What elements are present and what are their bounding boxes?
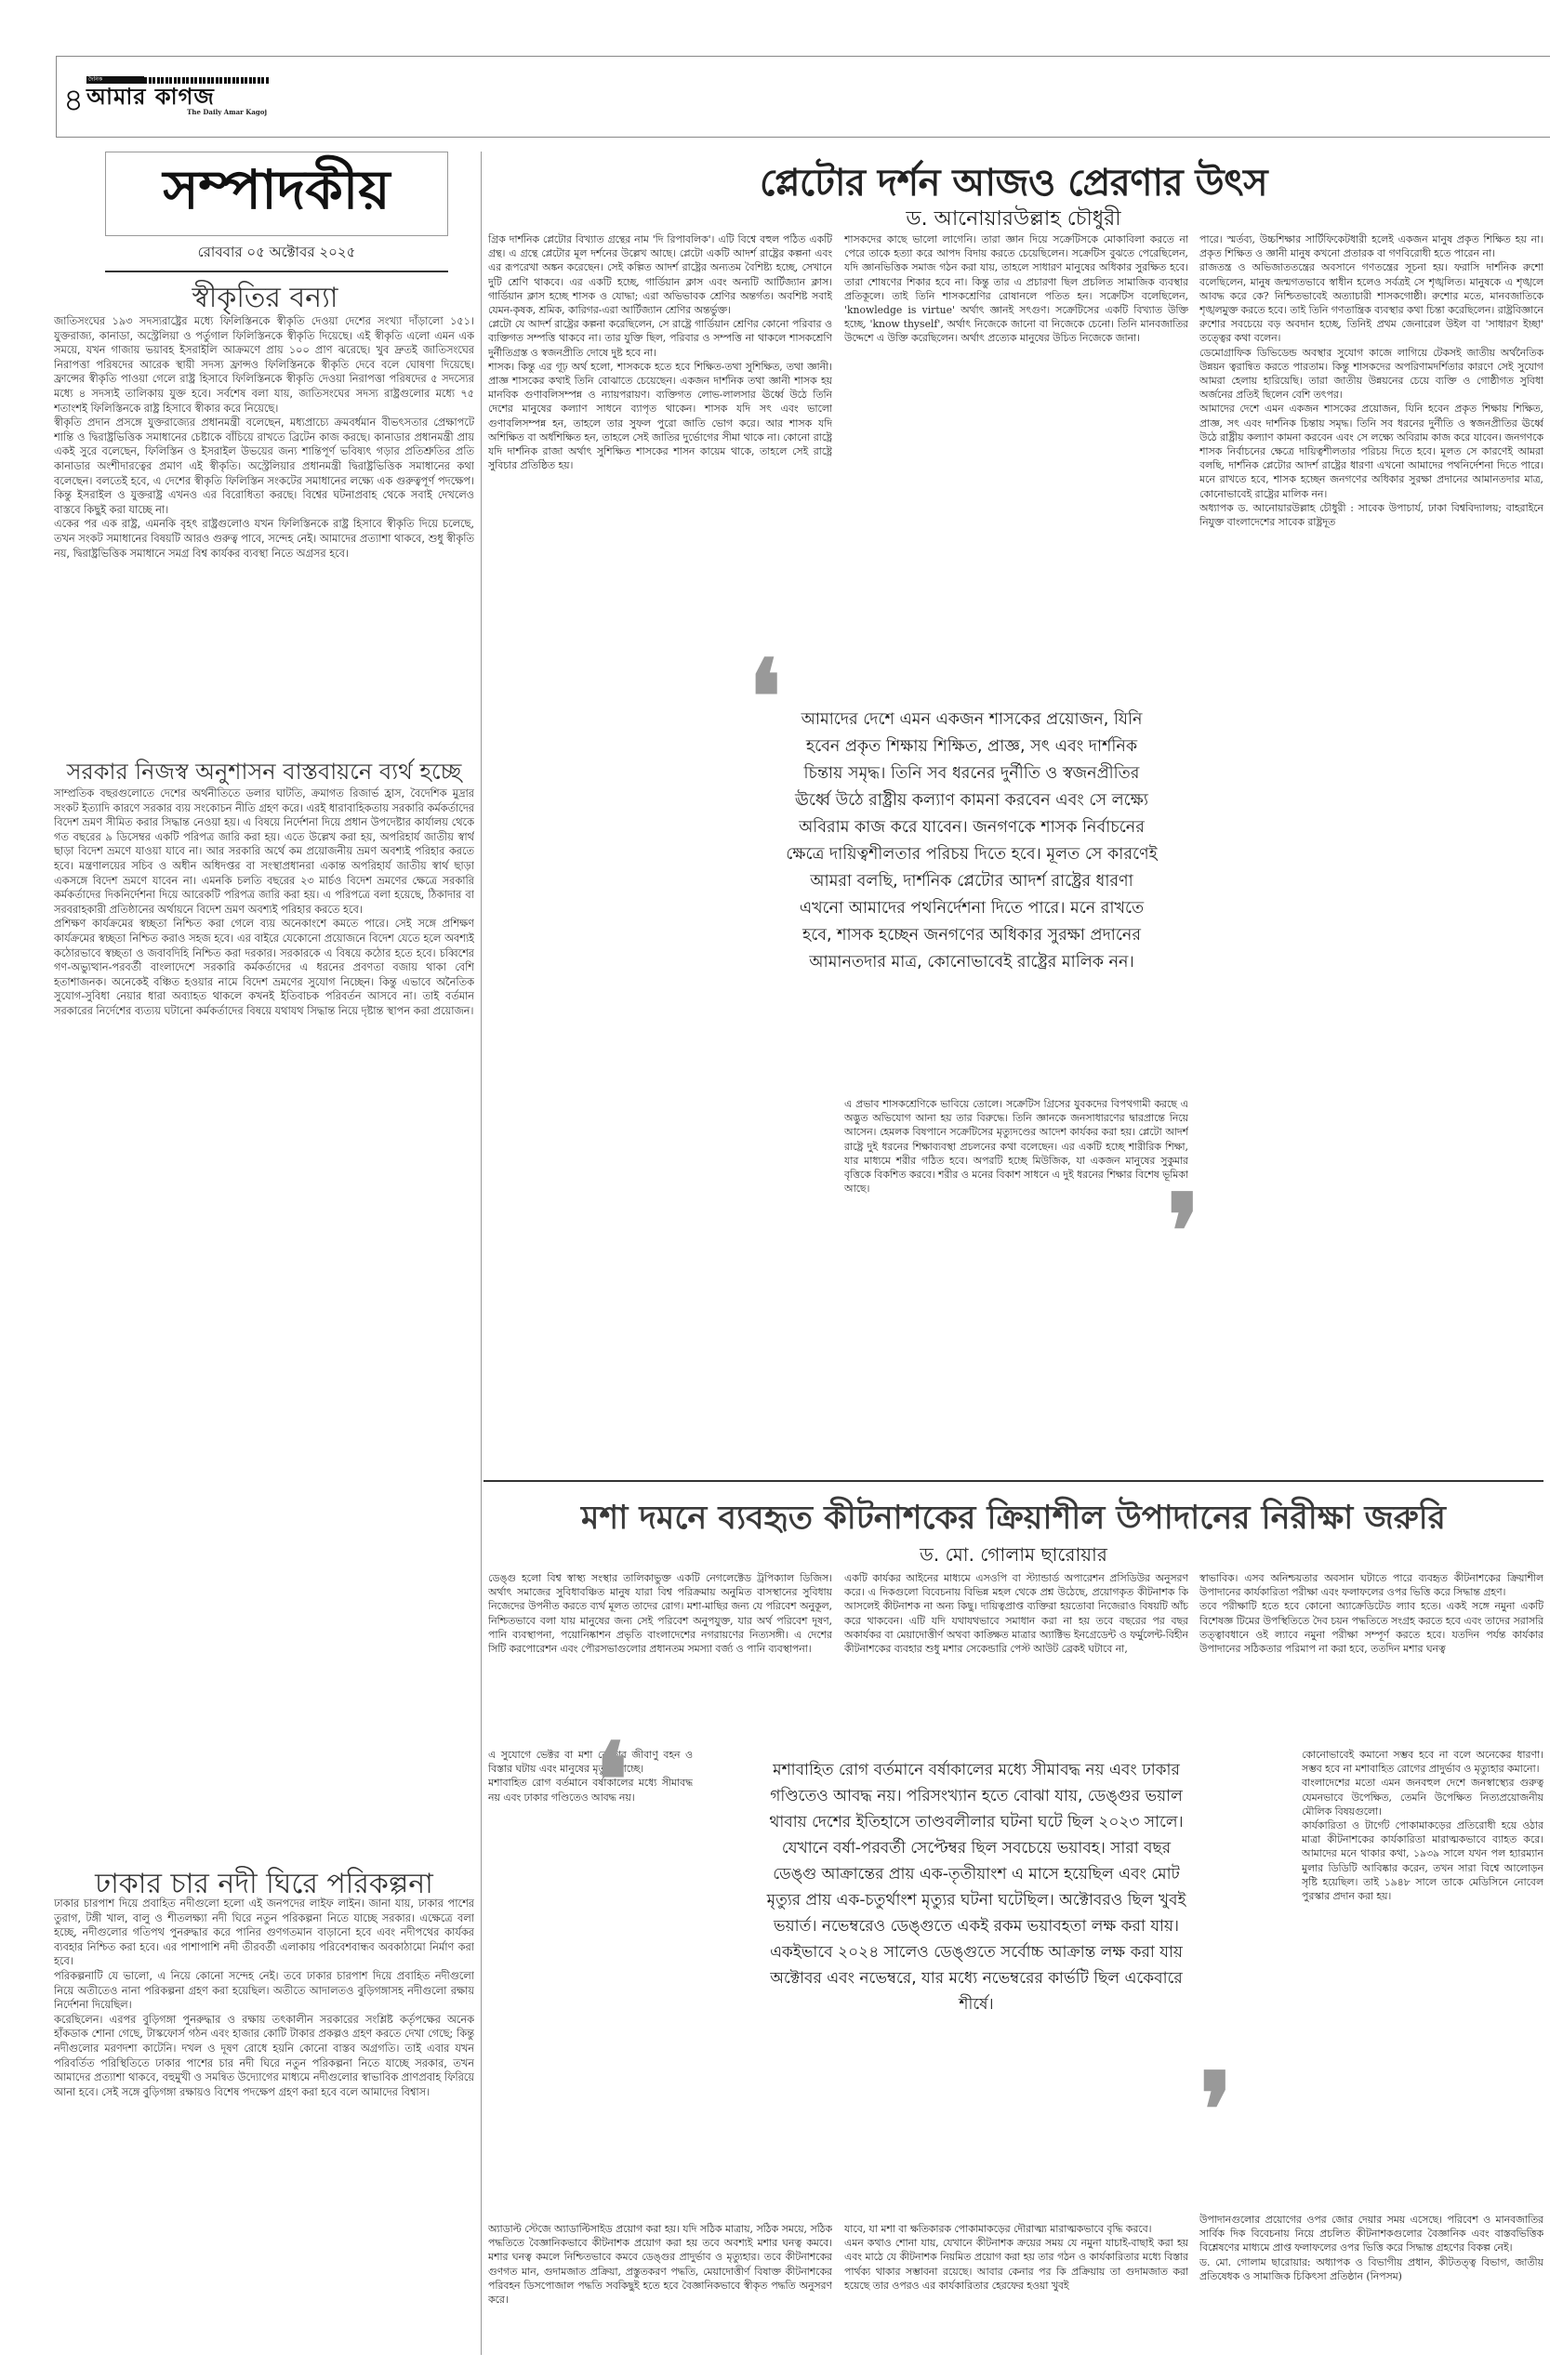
plato-column-2-top: শাসকদের কাছে ভালো লাগেনি। তারা জ্ঞান দিয…	[844, 232, 1188, 632]
paragraph: শাসক। কিন্তু এর গূঢ় অর্থ হলো, শাসককে হত…	[488, 360, 832, 473]
column-divider	[481, 152, 482, 2355]
editorial-article-3-body: ঢাকার চারপাশ দিয়ে প্রবাহিত নদীগুলো হলো …	[54, 1897, 474, 2334]
paragraph: জাতিসংঘের ১৯৩ সদস্যরাষ্ট্রের মধ্যে ফিলিস…	[54, 314, 474, 416]
paragraph: আমাদের দেশে এমন একজন শাসকের প্রয়োজন, যি…	[1199, 402, 1543, 500]
plato-column-2-bottom: এ প্রভাব শাসকশ্রেণিকে ভাবিয়ে তোলে। সক্র…	[844, 1097, 1188, 1478]
open-quote-icon: ❛	[749, 646, 781, 748]
close-quote-icon: ❜	[1199, 2059, 1232, 2162]
paragraph: স্বীকৃতি প্রদান প্রসঙ্গে যুক্তরাজ্যের প্…	[54, 416, 474, 517]
paragraph: গ্রিক দার্শনিক প্লেটোর বিখ্যাত গ্রন্থের …	[488, 232, 832, 317]
paragraph: যাবে, যা মশা বা ক্ষতিকারক পোকামাকড়ের দৌ…	[844, 2222, 1188, 2236]
author-note: ড. মো. গোলাম ছারোয়ার: অধ্যাপক ও বিভাগীয…	[1199, 2255, 1543, 2283]
publish-date: রোববার ০৫ অক্টোবর ২০২৫	[105, 242, 448, 265]
paragraph: একটি কার্যকর আইনের মাধ্যমে এসওপি বা স্ট্…	[844, 1571, 1188, 1656]
logo-main-text: আমার কাগজ	[86, 85, 215, 109]
mosquito-column-1-top: ডেঙ্গু হলো বিশ্ব স্বাস্থ্য সংস্থার তালিক…	[488, 1571, 832, 1748]
logo-subtitle: The Daily Amar Kagoj	[187, 108, 267, 116]
mosquito-column-3-top: স্বাভাবিক। এসব অনিশ্চয়তার অবসান ঘটাতে প…	[1199, 1571, 1543, 1748]
masthead-frame	[56, 56, 1550, 138]
editorial-section-title: সম্পাদকীয়	[105, 152, 448, 236]
paragraph: এ প্রভাব শাসকশ্রেণিকে ভাবিয়ে তোলে। সক্র…	[844, 1097, 1188, 1196]
author-note: অধ্যাপক ড. আনোয়ারউল্লাহ চৌধুরী : সাবেক …	[1199, 501, 1543, 529]
paragraph: মশাবাহিত রোগ বর্তমানে বর্ষাকালের মধ্যে স…	[488, 1776, 693, 1804]
mosquito-article-byline: ড. মো. গোলাম ছারোয়ার	[484, 1541, 1543, 1572]
paragraph: পারে। স্মর্তব্য, উচ্চশিক্ষার সার্টিফিকেট…	[1199, 232, 1543, 260]
editorial-article-1-body: জাতিসংঘের ১৯৩ সদস্যরাষ্ট্রের মধ্যে ফিলিস…	[54, 314, 474, 751]
paragraph: শাসকদের কাছে ভালো লাগেনি। তারা জ্ঞান দিয…	[844, 232, 1188, 346]
newspaper-logo: দৈনিক আমার কাগজ The Daily Amar Kagoj	[86, 76, 272, 115]
open-quote-icon: ❛	[595, 1729, 628, 1831]
paragraph: এমন কথাও শোনা যায়, যেখানে কীটনাশক ক্রয়…	[844, 2236, 1188, 2293]
paragraph: একের পর এক রাষ্ট্র, এমনকি বৃহৎ রাষ্ট্রগু…	[54, 517, 474, 561]
mosquito-column-2-bottom: যাবে, যা মশা বা ক্ষতিকারক পোকামাকড়ের দৌ…	[844, 2222, 1188, 2334]
page-number: ৪	[63, 76, 84, 129]
plato-column-1: গ্রিক দার্শনিক প্লেটোর বিখ্যাত গ্রন্থের …	[488, 232, 832, 1478]
paragraph: কোনোভাবেই কমানো সম্ভব হবে না বলে অনেকের …	[1302, 1748, 1543, 1776]
paragraph: ঢাকার চারপাশ দিয়ে প্রবাহিত নদীগুলো হলো …	[54, 1897, 474, 1969]
mosquito-column-1-bottom: অ্যাডাল্ট স্টেজে অ্যাডাল্টিসাইড প্রয়োগ …	[488, 2222, 832, 2334]
paragraph: প্লেটো যে আদর্শ রাষ্ট্রের কল্পনা করেছিলে…	[488, 317, 832, 360]
divider	[105, 271, 448, 272]
paragraph: কার্যকারিতা ও টার্গেট পোকামাকড়ের প্রতির…	[1302, 1818, 1543, 1903]
logo-skyline-icon	[144, 77, 269, 84]
mosquito-article-title: মশা দমনে ব্যবহৃত কীটনাশকের ক্রিয়াশীল উপ…	[484, 1492, 1543, 1547]
mosquito-column-3-bottom: উপাদানগুলোর প্রয়োগের ওপর জোর দেয়ার সময…	[1199, 2213, 1543, 2334]
plato-pull-quote: আমাদের দেশে এমন একজন শাসকের প্রয়োজন, যি…	[786, 707, 1158, 976]
paragraph: করেছিলেন। এরপর বুড়িগঙ্গা পুনরুদ্ধার ও র…	[54, 2013, 474, 2100]
paragraph: অ্যাডাল্ট স্টেজে অ্যাডাল্টিসাইড প্রয়োগ …	[488, 2222, 832, 2307]
plato-column-3: পারে। স্মর্তব্য, উচ্চশিক্ষার সার্টিফিকেট…	[1199, 232, 1543, 1478]
paragraph: রাজতন্ত্র ও অভিজাততন্ত্রের অবসানে গণতন্ত…	[1199, 260, 1543, 345]
paragraph: সাম্প্রতিক বছরগুলোতে দেশের অর্থনীতিতে ডল…	[54, 787, 474, 917]
paragraph: প্রশিক্ষণ কার্যক্রমের স্বচ্ছতা নিশ্চিত ক…	[54, 917, 474, 1018]
paragraph: স্বাভাবিক। এসব অনিশ্চয়তার অবসান ঘটাতে প…	[1199, 1571, 1543, 1599]
paragraph: পরিকল্পনাটি যে ভালো, এ নিয়ে কোনো সন্দেহ…	[54, 1969, 474, 2013]
paragraph: বাংলাদেশের মতো এমন জনবহুল দেশে জনস্বাস্থ…	[1302, 1776, 1543, 1818]
paragraph: তবে পরীক্ষাটি হতে হবে কোনো অ্যাক্রেডিটেড…	[1199, 1599, 1543, 1656]
mosquito-column-1-narrow: এ সুযোগে ভেক্টর বা মশা রোগের জীবাণু বহন …	[488, 1748, 693, 2213]
mosquito-column-2-top: একটি কার্যকর আইনের মাধ্যমে এসওপি বা স্ট্…	[844, 1571, 1188, 1748]
mosquito-pull-quote: মশাবাহিত রোগ বর্তমানে বর্ষাকালের মধ্যে স…	[762, 1757, 1190, 2017]
paragraph: উপাদানগুলোর প্রয়োগের ওপর জোর দেয়ার সময…	[1199, 2213, 1543, 2255]
editorial-article-2-body: সাম্প্রতিক বছরগুলোতে দেশের অর্থনীতিতে ডল…	[54, 787, 474, 1854]
section-divider	[484, 1480, 1543, 1482]
logo-top-text: দৈনিক	[86, 76, 144, 84]
mosquito-column-3-narrow: কোনোভাবেই কমানো সম্ভব হবে না বলে অনেকের …	[1302, 1748, 1543, 2213]
paragraph: ডেঙ্গু হলো বিশ্ব স্বাস্থ্য সংস্থার তালিক…	[488, 1571, 832, 1656]
paragraph: এ সুযোগে ভেক্টর বা মশা রোগের জীবাণু বহন …	[488, 1748, 693, 1776]
paragraph: ডেমোগ্রাফিক ডিভিডেন্ড অবস্থার সুযোগ কাজে…	[1199, 346, 1543, 403]
